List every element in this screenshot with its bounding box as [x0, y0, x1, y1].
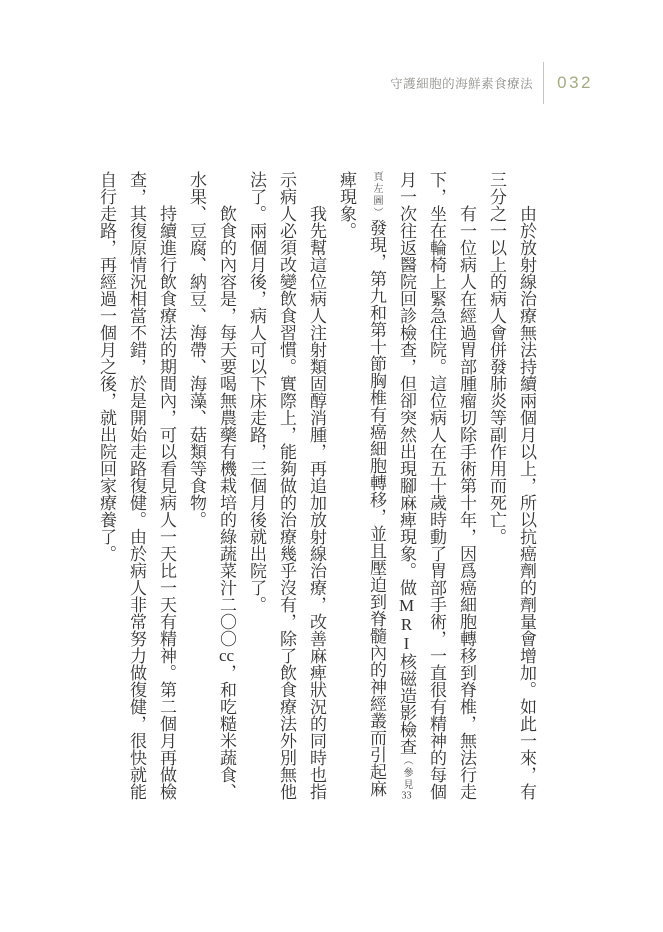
running-head: 守護細胞的海鮮素食療法 032 [390, 62, 593, 104]
text-run: 持續進行飲食療法的期間內，可以看見病人一天比一天有精神。第二個月再做檢查，其復原… [97, 171, 176, 800]
page-number: 032 [557, 73, 593, 93]
paragraph: 持續進行飲食療法的期間內，可以看見病人一天比一天有精神。第二個月再做檢查，其復原… [91, 171, 181, 803]
paragraph: 由於放射線治療無法持續兩個月以上，所以抗癌劑的劑量會增加。如此一來，有三分之一以… [481, 171, 541, 803]
article: 由於放射線治療無法持續兩個月以上，所以抗癌劑的劑量會增加。如此一來，有三分之一以… [91, 171, 541, 803]
paragraph: 有一位病人在經過胃部腫瘤切除手術第十年，因爲癌細胞轉移到脊椎，無法行走下，坐在輪… [331, 171, 481, 803]
tcy-run: cc [217, 647, 236, 664]
text-run: 核磁造影檢查 [397, 653, 416, 755]
text-run: 我先幫這位病人注射類固醇消腫，再追加放射線治療，改善麻痺狀況的同時也指示病人必須… [247, 171, 326, 800]
paragraph: 飲食的內容是，每天要喝無農藥有機栽培的綠蔬菜汁二〇〇cc，和吃糙米蔬食、水果、豆… [181, 171, 241, 803]
text-run: 發現，第九和第十節胸椎有癌細胞轉移，並且壓迫到脊髓內的神經叢而引起麻痺現象。 [337, 171, 386, 797]
text-run: 由於放射線治療無法持續兩個月以上，所以抗癌劑的劑量會增加。如此一來，有三分之一以… [487, 171, 536, 800]
note-tcy-run: 33 [401, 791, 412, 801]
note-run: （參見 [401, 755, 412, 791]
upright-run: MRI [397, 596, 416, 653]
paragraph: 我先幫這位病人注射類固醇消腫，再追加放射線治療，改善麻痺狀況的同時也指示病人必須… [241, 171, 331, 803]
note-run: 頁左圖） [371, 171, 382, 219]
book-title: 守護細胞的海鮮素食療法 [390, 74, 533, 92]
text-run: 飲食的內容是，每天要喝無農藥有機栽培的綠蔬菜汁二〇〇 [217, 205, 236, 647]
header-divider [543, 62, 544, 104]
